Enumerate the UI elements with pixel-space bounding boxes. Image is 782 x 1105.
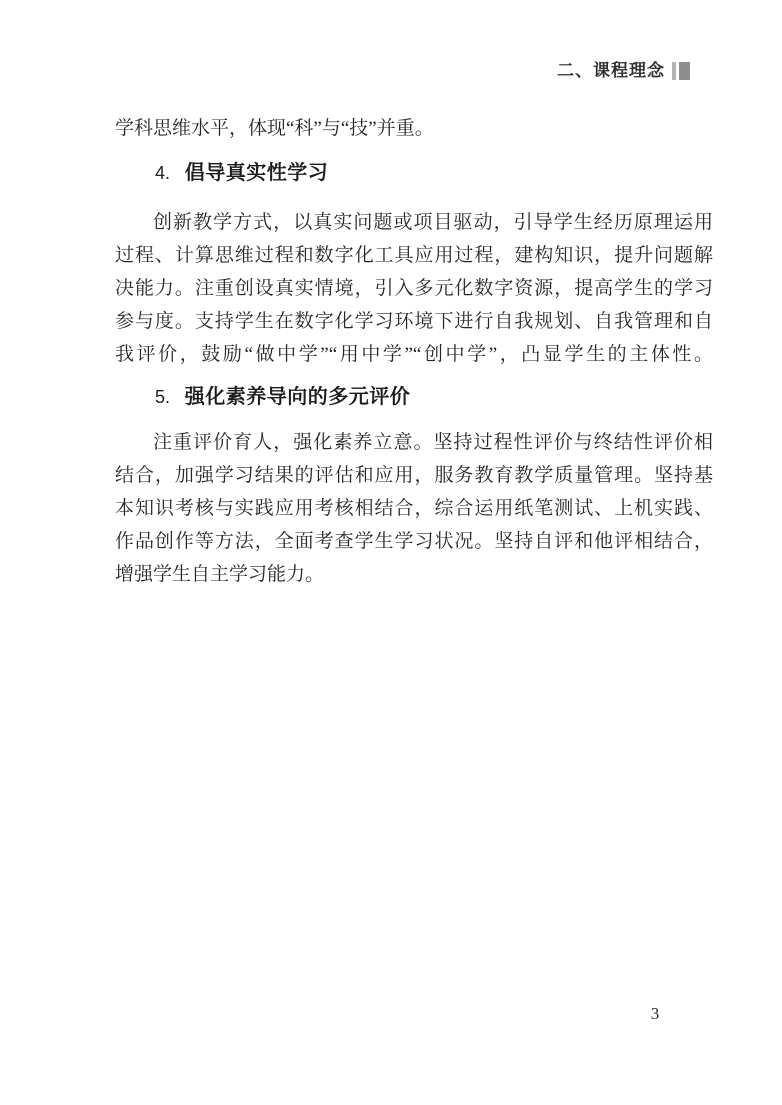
header-decoration-bar-thin: [672, 62, 676, 80]
section-5-paragraph: 注重评价育人，强化素养立意。坚持过程性评价与终结性评价相结合，加强学习结果的评估…: [115, 426, 713, 591]
section-5-number: 5.: [155, 387, 170, 407]
section-header-label: 二、课程理念: [557, 61, 665, 81]
paragraph-line: 本知识考核与实践应用考核相结合，综合运用纸笔测试、上机实践、: [115, 492, 713, 525]
document-page: 二、课程理念 学科思维水平，体现“科”与“技”并重。 4. 倡导真实性学习 创新…: [0, 0, 782, 1105]
document-body: 学科思维水平，体现“科”与“技”并重。 4. 倡导真实性学习 创新教学方式，以真…: [115, 112, 713, 591]
section-5: 5. 强化素养导向的多元评价 注重评价育人，强化素养立意。坚持过程性评价与终结性…: [115, 381, 713, 591]
paragraph-line: 作品创作等方法，全面考查学生学习状况。坚持自评和他评相结合，: [115, 525, 713, 558]
paragraph-line: 我评价，鼓励“做中学”“用中学”“创中学”，凸显学生的主体性。: [115, 338, 713, 371]
paragraph-line: 注重评价育人，强化素养立意。坚持过程性评价与终结性评价相: [115, 426, 713, 459]
paragraph-line: 过程、计算思维过程和数字化工具应用过程，建构知识，提升问题解: [115, 239, 713, 272]
section-5-heading: 5. 强化素养导向的多元评价: [115, 381, 713, 414]
running-header: 二、课程理念: [557, 61, 690, 81]
section-4-paragraph: 创新教学方式，以真实问题或项目驱动，引导学生经历原理运用过程、计算思维过程和数字…: [115, 206, 713, 371]
section-4: 4. 倡导真实性学习 创新教学方式，以真实问题或项目驱动，引导学生经历原理运用过…: [115, 157, 713, 371]
paragraph-line: 增强学生自主学习能力。: [115, 558, 713, 591]
section-4-title: 倡导真实性学习: [185, 162, 329, 184]
paragraph-line: 参与度。支持学生在数字化学习环境下进行自我规划、自我管理和自: [115, 305, 713, 338]
page-footer: 3: [615, 1002, 695, 1026]
continuation-paragraph-line: 学科思维水平，体现“科”与“技”并重。: [115, 112, 713, 145]
section-4-heading: 4. 倡导真实性学习: [115, 157, 713, 190]
header-decoration-bar-wide: [679, 62, 690, 80]
section-4-number: 4.: [155, 163, 170, 183]
section-5-title: 强化素养导向的多元评价: [185, 386, 411, 408]
page-number: 3: [651, 1004, 660, 1023]
paragraph-line: 结合，加强学习结果的评估和应用，服务教育教学质量管理。坚持基: [115, 459, 713, 492]
paragraph-line: 决能力。注重创设真实情境，引入多元化数字资源，提高学生的学习: [115, 272, 713, 305]
paragraph-line: 创新教学方式，以真实问题或项目驱动，引导学生经历原理运用: [115, 206, 713, 239]
